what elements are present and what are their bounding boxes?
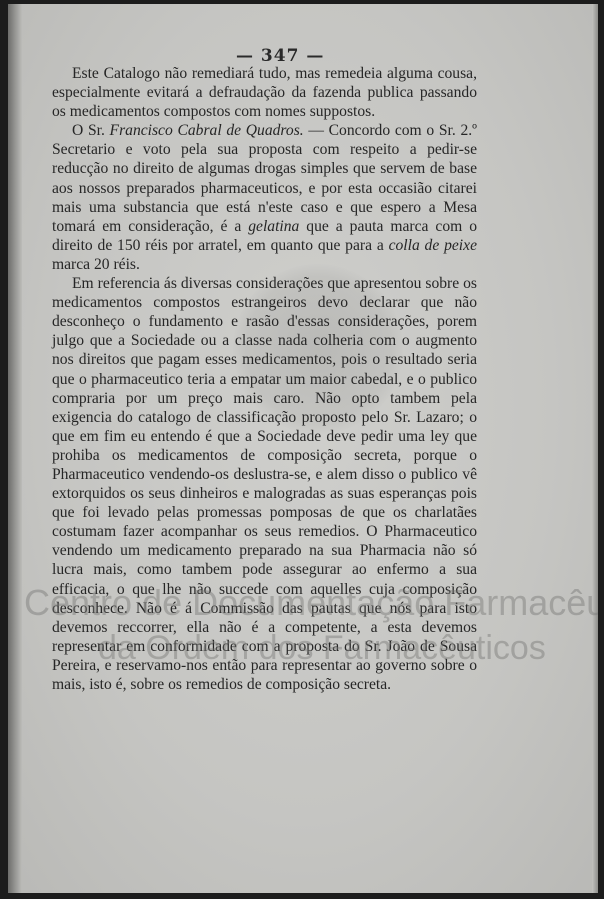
book-spine-shadow <box>8 4 22 893</box>
paragraph-2-part3: marca 20 réis. <box>52 256 140 273</box>
speaker-prefix: O Sr. <box>72 122 110 139</box>
scanned-page: — 347 — Este Catalogo não remediará tudo… <box>8 4 598 893</box>
term-gelatina: gelatina <box>248 218 299 235</box>
paragraph-1: Este Catalogo não remediará tudo, mas re… <box>52 64 477 121</box>
speaker-name: Francisco Cabral de Quadros. <box>110 122 304 139</box>
paragraph-2: O Sr. Francisco Cabral de Quadros. — Con… <box>52 121 477 274</box>
page-number: — 347 — <box>236 46 324 66</box>
paragraph-3: Em referencia ás diversas considerações … <box>52 274 477 694</box>
term-colla-de-peixe: colla de peixe <box>389 237 477 254</box>
page-edge <box>592 4 598 893</box>
page-body: Este Catalogo não remediará tudo, mas re… <box>52 64 477 694</box>
